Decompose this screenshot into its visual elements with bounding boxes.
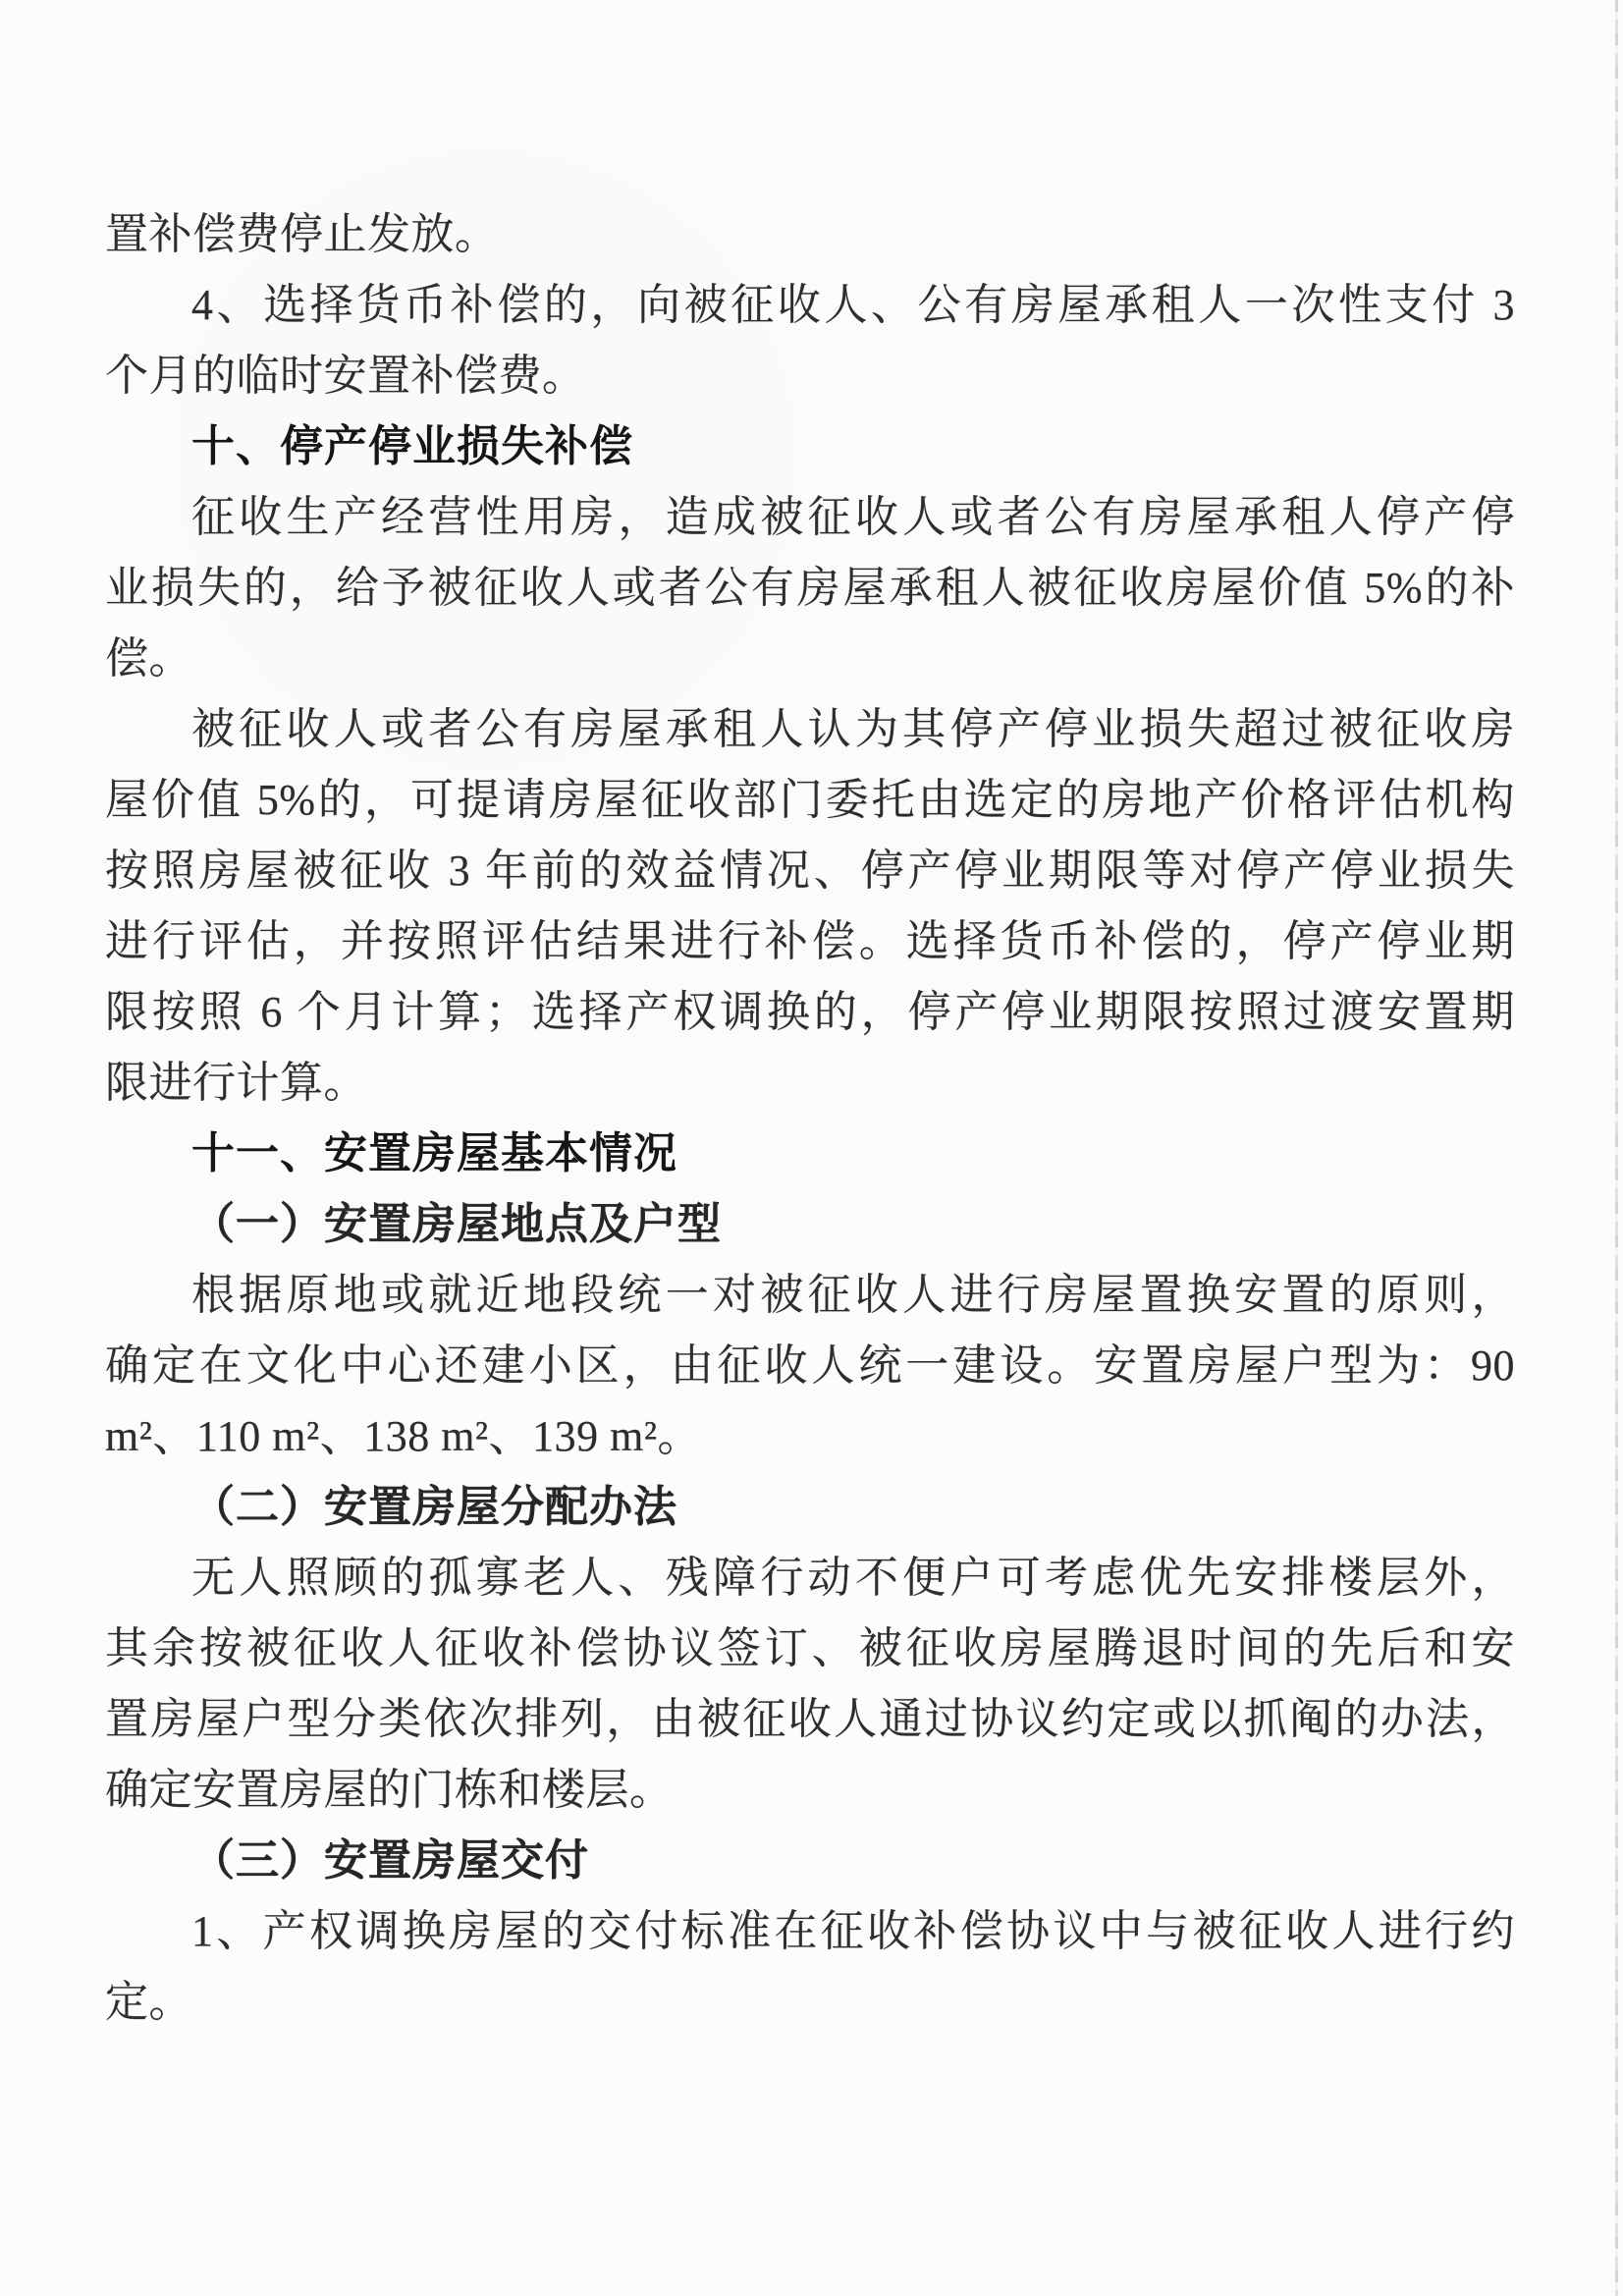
scan-edge-artifact [1615,0,1618,2296]
subsection-heading-3: （三）安置房屋交付 [105,1826,1515,1896]
text-line: 限按照 6 个月计算；选择产权调换的，停产停业期限按照过渡安置期 [105,977,1515,1048]
text-line: 根据原地或就近地段统一对被征收人进行房屋置换安置的原则， [105,1260,1515,1331]
section-heading-11: 十一、安置房屋基本情况 [105,1119,1515,1189]
document-page: 置补偿费停止发放。 4、选择货币补偿的，向被征收人、公有房屋承租人一次性支付 3… [0,0,1623,2296]
text-line: 个月的临时安置补偿费。 [105,341,1515,411]
subsection-heading-1: （一）安置房屋地点及户型 [105,1189,1515,1260]
text-line: 屋价值 5%的，可提请房屋征收部门委托由选定的房地产价格评估机构 [105,765,1515,836]
text-line: m²、110 m²、138 m²、139 m²。 [105,1401,1515,1472]
text-line: 偿。 [105,624,1515,694]
text-line: 其余按被征收人征收补偿协议签订、被征收房屋腾退时间的先后和安 [105,1613,1515,1684]
text-line: 置房屋户型分类依次排列，由被征收人通过协议约定或以抓阄的办法， [105,1684,1515,1755]
section-heading-10: 十、停产停业损失补偿 [105,411,1515,482]
text-line: 确定安置房屋的门栋和楼层。 [105,1755,1515,1826]
document-body: 置补偿费停止发放。 4、选择货币补偿的，向被征收人、公有房屋承租人一次性支付 3… [105,199,1515,2038]
text-line: 业损失的，给予被征收人或者公有房屋承租人被征收房屋价值 5%的补 [105,553,1515,624]
text-line: 征收生产经营性用房，造成被征收人或者公有房屋承租人停产停 [105,482,1515,553]
text-line: 4、选择货币补偿的，向被征收人、公有房屋承租人一次性支付 3 [105,270,1515,341]
text-line: 1、产权调换房屋的交付标准在征收补偿协议中与被征收人进行约 [105,1896,1515,1967]
text-line: 无人照顾的孤寡老人、残障行动不便户可考虑优先安排楼层外， [105,1543,1515,1613]
text-line: 定。 [105,1967,1515,2038]
subsection-heading-2: （二）安置房屋分配办法 [105,1472,1515,1543]
text-line: 进行评估，并按照评估结果进行补偿。选择货币补偿的，停产停业期 [105,906,1515,977]
text-line: 被征收人或者公有房屋承租人认为其停产停业损失超过被征收房 [105,694,1515,765]
text-line: 限进行计算。 [105,1048,1515,1119]
text-line: 按照房屋被征收 3 年前的效益情况、停产停业期限等对停产停业损失 [105,836,1515,906]
text-line: 置补偿费停止发放。 [105,199,1515,270]
text-line: 确定在文化中心还建小区，由征收人统一建设。安置房屋户型为：90 [105,1331,1515,1401]
